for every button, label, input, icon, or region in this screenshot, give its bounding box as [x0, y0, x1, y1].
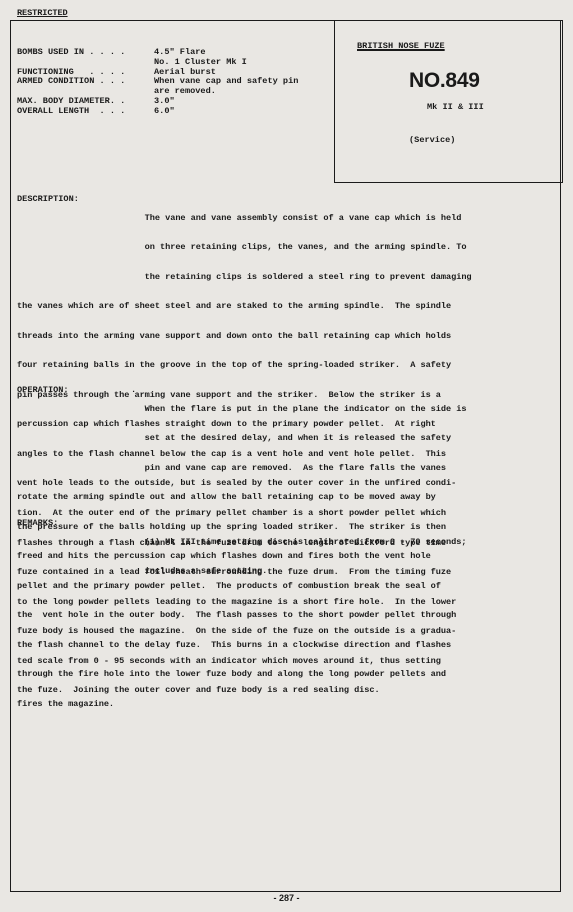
text-line: through the fire hole into the lower fuz… [17, 670, 552, 680]
classification-marking: RESTRICTED [17, 8, 68, 18]
text-line: the vent hole in the outer body. The fla… [17, 611, 552, 621]
text-line: on three retaining clips, the vanes, and… [17, 243, 552, 253]
text-line: the flash channel to the delay fuze. Thi… [17, 641, 552, 651]
text-line: The vane and vane assembly consist of a … [17, 214, 552, 224]
fuze-marks: Mk II & III [427, 102, 484, 112]
fuze-number: NO.849 [409, 69, 480, 93]
text-line: (1) Mk III time setting disc is calibrat… [17, 538, 552, 548]
spec-list: BOMBS USED IN . . . .4.5" Flare No. 1 Cl… [17, 48, 298, 117]
spec-row: OVERALL LENGTH . . .6.0" [17, 107, 298, 117]
spec-value: 6.0" [154, 107, 175, 117]
title-box: BRITISH NOSE FUZE NO.849 Mk II & III (Se… [334, 20, 563, 183]
text-line: includes a safe setting. [17, 567, 552, 577]
text-line: the vanes which are of sheet steel and a… [17, 302, 552, 312]
text-line: When the flare is put in the plane the i… [17, 405, 552, 415]
text-line: pin and vane cap are removed. As the fla… [17, 464, 552, 474]
text-line: fires the magazine. [17, 700, 552, 710]
spec-label: OVERALL LENGTH . . . [17, 107, 154, 117]
text-line: set at the desired delay, and when it is… [17, 434, 552, 444]
fuze-status: (Service) [409, 135, 455, 145]
text-line: threads into the arming vane support and… [17, 332, 552, 342]
text-line: rotate the arming spindle out and allow … [17, 493, 552, 503]
spec-label: BOMBS USED IN . . . . [17, 48, 154, 58]
text-line: four retaining balls in the groove in th… [17, 361, 552, 371]
fuze-heading: BRITISH NOSE FUZE [357, 41, 445, 51]
remarks-text: (1) Mk III time setting disc is calibrat… [17, 518, 552, 587]
text-line: the retaining clips is soldered a steel … [17, 273, 552, 283]
page-number: - 287 - [0, 893, 573, 903]
spec-label: ARMED CONDITION . . . [17, 77, 154, 87]
